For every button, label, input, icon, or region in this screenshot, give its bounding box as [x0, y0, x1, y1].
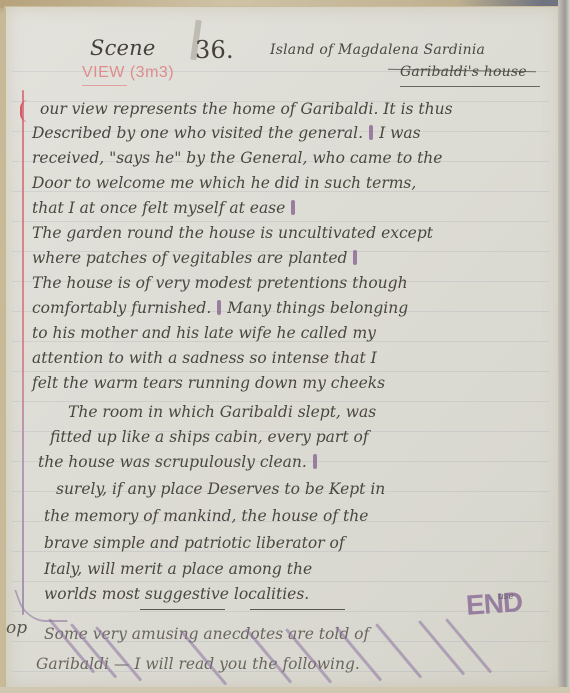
text-line: fitted up like a ships cabin, every part… — [50, 428, 369, 446]
text-line: attention to with a sadness so intense t… — [32, 349, 377, 367]
text-segment: I was — [379, 124, 421, 142]
text-segment: comfortably furnished. — [32, 299, 211, 317]
margin-note-op: op — [6, 618, 27, 638]
purple-paragraph-mark — [217, 300, 221, 315]
ruled-line — [12, 371, 549, 372]
text-line: that I at once felt myself at ease — [32, 199, 301, 217]
text-line: where patches of vegitables are planted — [32, 249, 363, 267]
purple-paragraph-mark — [353, 250, 357, 265]
text-segment: where patches of vegitables are planted — [32, 249, 347, 267]
red-margin-bracket — [20, 100, 30, 122]
text-line: Described by one who visited the general… — [32, 124, 421, 142]
text-line: received, "says he" by the General, who … — [32, 149, 442, 167]
purple-paragraph-mark — [291, 200, 295, 215]
text-line: The room in which Garibaldi slept, was — [68, 403, 376, 421]
text-line: felt the warm tears running down my chee… — [32, 374, 385, 392]
ruled-line — [12, 581, 549, 582]
text-segment: that I at once felt myself at ease — [32, 199, 285, 217]
text-line: our view represents the home of Garibald… — [40, 100, 453, 118]
scene-subtitle: Garibaldi's house — [400, 64, 527, 80]
text-line: comfortably furnished.Many things belong… — [32, 299, 408, 317]
text-segment: Many things belonging — [227, 299, 408, 317]
purple-paragraph-mark — [313, 454, 317, 469]
subtitle-underline — [400, 86, 540, 87]
word-underline — [250, 609, 345, 610]
text-segment: Described by one who visited the general… — [32, 124, 363, 142]
ruled-line — [12, 221, 549, 222]
view-annotation: VIEW (3m3) — [82, 64, 174, 82]
text-line: The garden round the house is uncultivat… — [32, 224, 433, 242]
scene-place: Island of Magdalena Sardinia — [270, 42, 485, 58]
word-underline — [140, 609, 225, 610]
text-line: brave simple and patriotic liberator of — [44, 534, 345, 552]
text-line: worlds most suggestive localities. — [44, 585, 309, 603]
ruled-line — [12, 401, 549, 402]
text-line: The house is of very modest pretentions … — [32, 274, 408, 292]
scene-number: 36. — [195, 36, 234, 64]
text-line: to his mother and his late wife he calle… — [32, 324, 376, 342]
margin-pencil-line — [22, 90, 24, 615]
end-stamp: END — [465, 586, 523, 622]
text-line: the house was scrupulously clean. — [38, 453, 323, 471]
binding-right-edge — [558, 0, 570, 693]
text-line: surely, if any place Deserves to be Kept… — [56, 480, 385, 498]
text-line: the memory of mankind, the house of the — [44, 507, 368, 525]
scene-label: Scene — [90, 36, 156, 60]
view-underline — [82, 85, 127, 86]
text-line: Italy, will merit a place among the — [44, 560, 312, 578]
purple-paragraph-mark — [369, 125, 373, 140]
struck-text-line: Some very amusing anecdotes are told of — [44, 625, 369, 643]
text-line: Door to welcome me which he did in such … — [32, 174, 416, 192]
end-note: use — [498, 592, 514, 602]
text-segment: the house was scrupulously clean. — [38, 453, 307, 471]
page-bottom-edge — [0, 687, 570, 693]
